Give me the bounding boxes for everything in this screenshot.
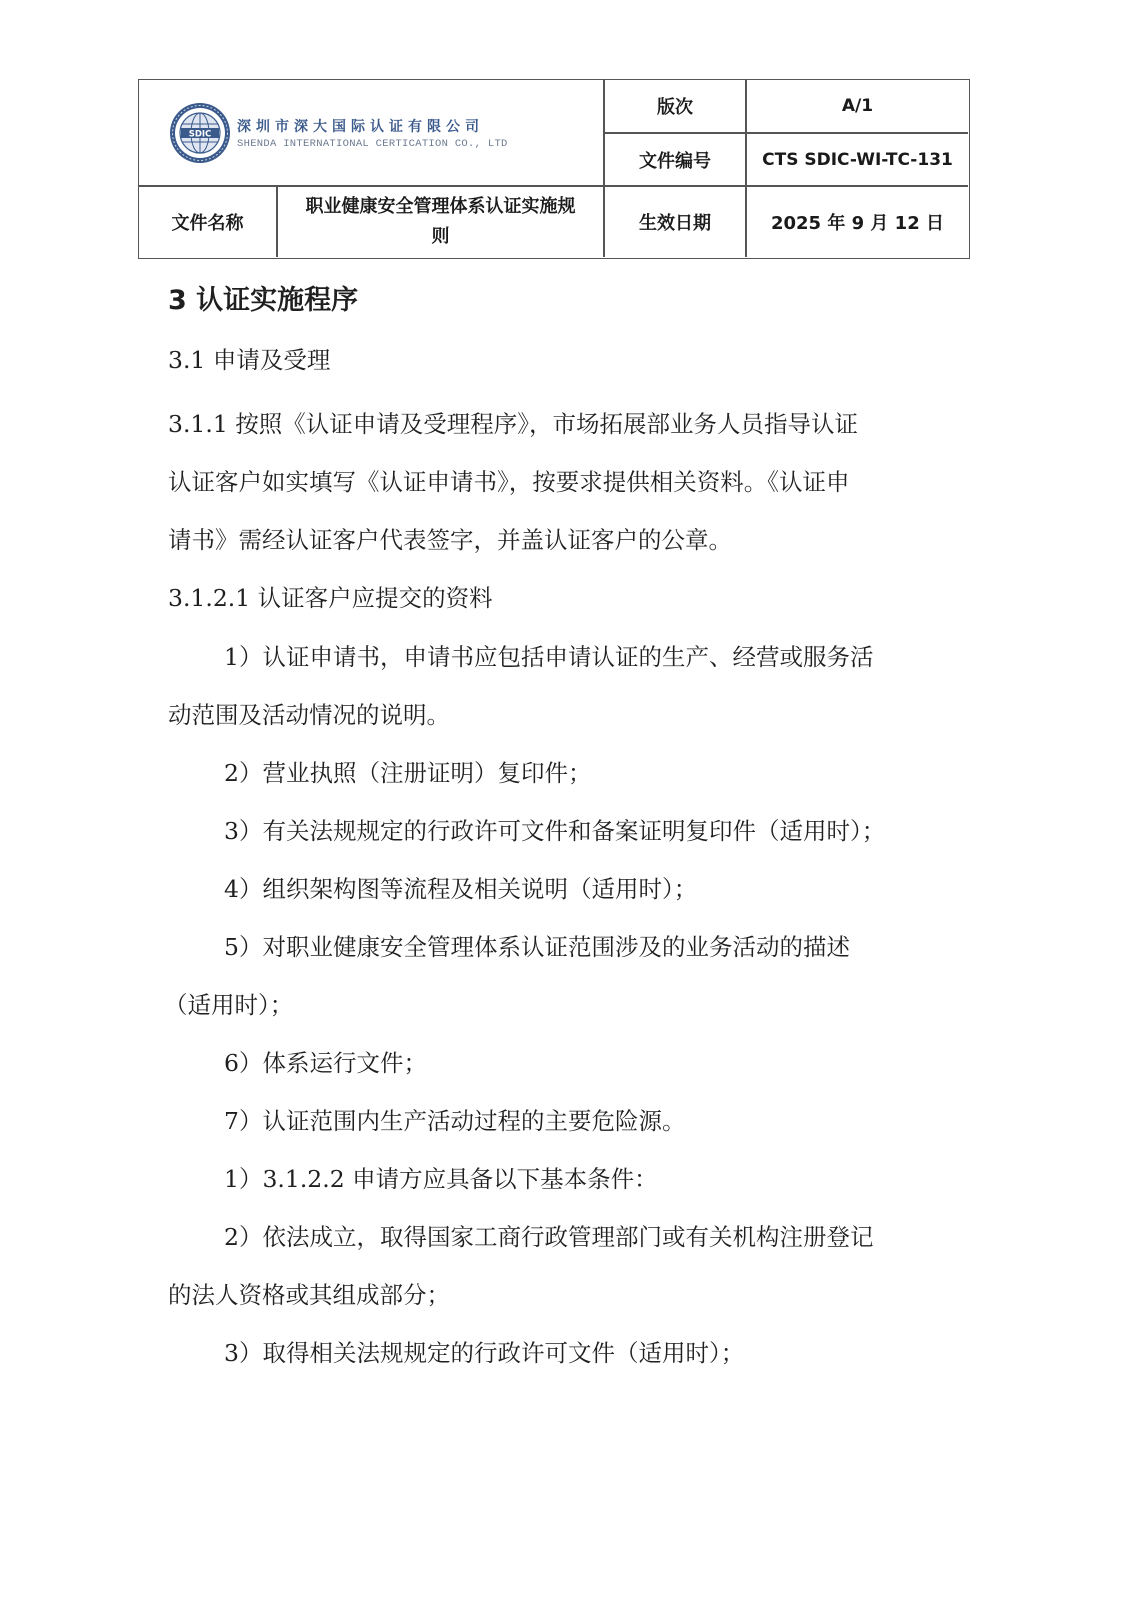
list-item: 3）有关法规规定的行政许可文件和备案证明复印件（适用时）；: [224, 816, 885, 846]
company-name-cn: 深圳市深大国际认证有限公司: [237, 116, 508, 136]
doc-number-value: CTS SDIC-WI-TC-131: [747, 134, 968, 185]
paragraph-line: 请书》需经认证客户代表签字，并盖认证客户的公章。: [168, 525, 732, 555]
list-item: 5）对职业健康安全管理体系认证范围涉及的业务活动的描述: [224, 932, 850, 962]
list-item-continuation: （适用时）；: [164, 990, 293, 1020]
paragraph-line: 3.1.1 按照《认证申请及受理程序》，市场拓展部业务人员指导认证: [168, 409, 858, 439]
effective-date-value: 2025 年 9 月 12 日: [747, 187, 968, 257]
list-item: 6）体系运行文件；: [224, 1048, 427, 1078]
list-item-continuation: 动范围及活动情况的说明。: [168, 700, 450, 730]
doc-name-line: 则: [432, 222, 450, 252]
list-item: 4）组织架构图等流程及相关说明（适用时）；: [224, 874, 697, 904]
paragraph-line: 认证客户如实填写《认证申请书》，按要求提供相关资料。《认证申: [168, 467, 850, 497]
list-item: 3）取得相关法规规定的行政许可文件（适用时）；: [224, 1338, 744, 1368]
version-label: 版次: [605, 80, 745, 132]
list-item: 2）营业执照（注册证明）复印件；: [224, 758, 591, 788]
doc-name-line: 职业健康安全管理体系认证实施规: [306, 192, 576, 222]
list-item: 2）依法成立，取得国家工商行政管理部门或有关机构注册登记: [224, 1222, 873, 1252]
company-logo-block: SDIC 深圳市深大国际认证有限公司 SHENDA INTERNATIONAL …: [139, 80, 604, 186]
section-title: 3 认证实施程序: [168, 286, 358, 316]
list-item: 1）3.1.2.2 申请方应具备以下基本条件：: [224, 1164, 658, 1194]
document-header-table: SDIC 深圳市深大国际认证有限公司 SHENDA INTERNATIONAL …: [138, 79, 970, 259]
company-name: 深圳市深大国际认证有限公司 SHENDA INTERNATIONAL CERTI…: [237, 116, 508, 150]
list-item-continuation: 的法人资格或其组成部分；: [168, 1280, 450, 1310]
list-item: 7）认证范围内生产活动过程的主要危险源。: [224, 1106, 685, 1136]
subsection-heading: 3.1.2.1 认证客户应提交的资料: [168, 583, 493, 613]
version-value: A/1: [747, 80, 968, 132]
list-item: 1）认证申请书，申请书应包括申请认证的生产、经营或服务活: [224, 642, 873, 672]
doc-number-label: 文件编号: [605, 134, 745, 185]
doc-name-label: 文件名称: [139, 187, 276, 257]
company-name-en: SHENDA INTERNATIONAL CERTICATION CO., LT…: [237, 138, 508, 150]
sdic-emblem-icon: SDIC: [169, 102, 231, 164]
effective-date-label: 生效日期: [605, 187, 745, 257]
subsection-title: 3.1 申请及受理: [168, 345, 330, 375]
svg-text:SDIC: SDIC: [189, 130, 212, 140]
doc-name-value: 职业健康安全管理体系认证实施规 则: [278, 187, 603, 257]
